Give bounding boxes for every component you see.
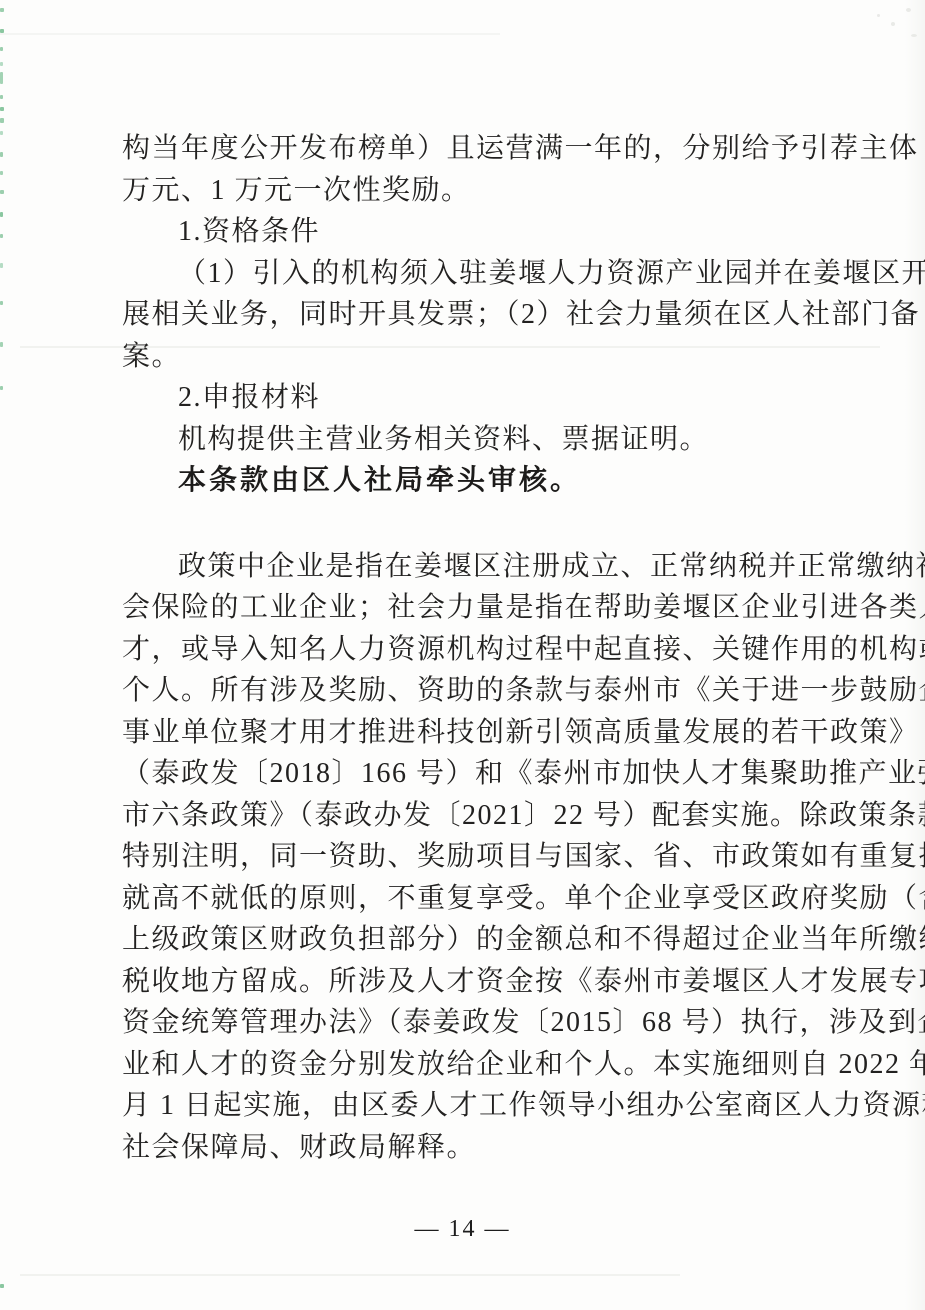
text-line: 本条款由区人社局牵头审核。 [122, 460, 862, 502]
scan-green-dot [0, 8, 4, 12]
document-body: 构当年度公开发布榜单）且运营满一年的，分别给予引荐主体 3万元、1 万元一次性奖… [122, 128, 862, 1168]
text-line: 事业单位聚才用才推进科技创新引领高质量发展的若干政策》 [122, 712, 862, 754]
text-line: 社会保障局、财政局解释。 [122, 1127, 862, 1169]
para-qualification-conditions: （1）引入的机构须入驻姜堰人力资源产业园并在姜堰区开展相关业务，同时开具发票；（… [122, 253, 862, 378]
para-reward-continuation: 构当年度公开发布榜单）且运营满一年的，分别给予引荐主体 3万元、1 万元一次性奖… [122, 128, 862, 211]
scan-green-dot [0, 107, 4, 111]
scan-green-dot [0, 29, 4, 33]
text-line: 案。 [122, 336, 862, 378]
para-policy-explanation: 政策中企业是指在姜堰区注册成立、正常纳税并正常缴纳社会保险的工业企业；社会力量是… [122, 546, 862, 1169]
scan-green-dot [0, 62, 3, 66]
text-line: 机构提供主营业务相关资料、票据证明。 [122, 419, 862, 461]
text-line: 才，或导入知名人力资源机构过程中起直接、关键作用的机构或 [122, 629, 862, 671]
scanned-document-page: 构当年度公开发布榜单）且运营满一年的，分别给予引荐主体 3万元、1 万元一次性奖… [0, 0, 925, 1310]
text-line: 1.资格条件 [122, 211, 862, 253]
text-line: 2.申报材料 [122, 377, 862, 419]
scan-green-dot [0, 386, 3, 390]
text-line: 会保险的工业企业；社会力量是指在帮助姜堰区企业引进各类人 [122, 587, 862, 629]
text-line: 个人。所有涉及奖励、资助的条款与泰州市《关于进一步鼓励企 [122, 670, 862, 712]
scan-green-dot [0, 171, 3, 175]
text-line: 市六条政策》（泰政办发〔2021〕22 号）配套实施。除政策条款 [122, 795, 862, 837]
text-line: 就高不就低的原则，不重复享受。单个企业享受区政府奖励（含 [122, 878, 862, 920]
text-line: 特别注明，同一资助、奖励项目与国家、省、市政策如有重复按 [122, 836, 862, 878]
text-line: 构当年度公开发布榜单）且运营满一年的，分别给予引荐主体 3 [122, 128, 862, 170]
text-line: （泰政发〔2018〕166 号）和《泰州市加快人才集聚助推产业强 [122, 753, 862, 795]
scan-green-dot [0, 72, 3, 84]
para-heading-application-materials: 2.申报材料 [122, 377, 862, 419]
scan-green-dot [0, 212, 3, 217]
scan-green-dot [0, 131, 3, 135]
text-line: （1）引入的机构须入驻姜堰人力资源产业园并在姜堰区开 [122, 253, 862, 295]
text-line: 展相关业务，同时开具发票；（2）社会力量须在区人社部门备 [122, 294, 862, 336]
scan-green-dot [0, 152, 3, 157]
text-line: 万元、1 万元一次性奖励。 [122, 170, 862, 212]
text-line: 税收地方留成。所涉及人才资金按《泰州市姜堰区人才发展专项 [122, 961, 862, 1003]
scan-streak [0, 33, 500, 35]
page-number: — 14 — [0, 1216, 925, 1243]
scan-green-dot [0, 118, 4, 123]
scan-green-dot [0, 342, 3, 347]
scan-streak [20, 1274, 680, 1276]
scan-green-dot [0, 234, 3, 238]
para-review-authority: 本条款由区人社局牵头审核。 [122, 460, 862, 502]
scan-green-dot [0, 263, 3, 268]
scan-green-dot [0, 47, 3, 51]
scan-speck [911, 34, 917, 37]
para-application-materials: 机构提供主营业务相关资料、票据证明。 [122, 419, 862, 461]
scan-green-dot [0, 190, 4, 194]
scan-speck [906, 8, 911, 12]
text-line: 资金统筹管理办法》（泰姜政发〔2015〕68 号）执行，涉及到企 [122, 1002, 862, 1044]
scan-green-dot [0, 1284, 4, 1288]
text-line: 业和人才的资金分别发放给企业和个人。本实施细则自 2022 年 1 [122, 1044, 862, 1086]
scan-green-dot [0, 301, 3, 305]
text-line: 月 1 日起实施，由区委人才工作领导小组办公室商区人力资源和 [122, 1085, 862, 1127]
scan-speck [891, 22, 895, 26]
para-heading-qualification: 1.资格条件 [122, 211, 862, 253]
scan-green-dot [0, 95, 3, 99]
text-line: 政策中企业是指在姜堰区注册成立、正常纳税并正常缴纳社 [122, 546, 862, 588]
text-line: 上级政策区财政负担部分）的金额总和不得超过企业当年所缴纳 [122, 919, 862, 961]
scan-speck [877, 14, 880, 17]
